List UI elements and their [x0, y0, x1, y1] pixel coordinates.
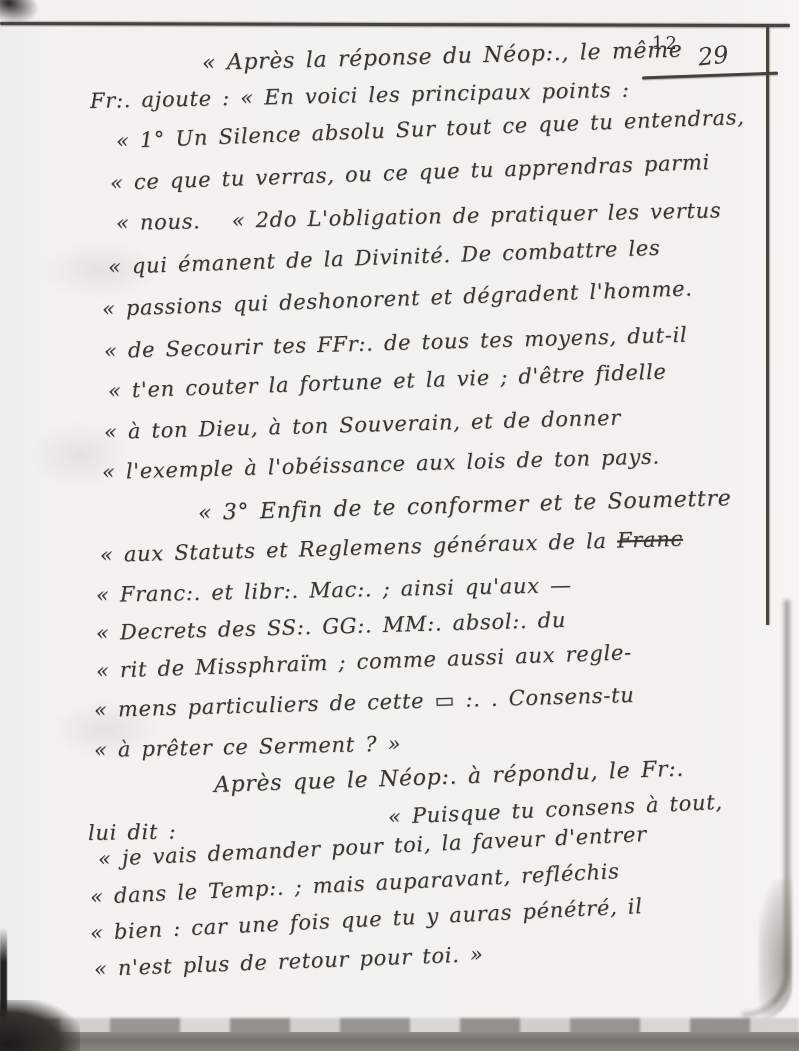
manuscript-line: « passions qui deshonorent et dégradent … — [102, 277, 693, 321]
manuscript-line: « n'est plus de retour pour toi. » — [94, 943, 484, 981]
manuscript-line: « Franc:. et libr:. Mac:. ; ainsi qu'aux… — [96, 574, 572, 607]
manuscript-line: « Puisque tu consens à tout, — [387, 791, 723, 829]
manuscript-line: Après que le Néop:. à répondu, le Fr:. — [214, 758, 685, 799]
manuscript-line: « à ton Dieu, à ton Souverain, et de don… — [104, 407, 622, 445]
manuscript-scan: 12 29 « Après la réponse du Néop:., le m… — [0, 0, 799, 1051]
scan-corner-shadow — [0, 1000, 80, 1051]
manuscript-line: lui dit : — [88, 820, 177, 845]
scan-bottom-edge — [0, 1032, 799, 1051]
manuscript-line: « ce que tu verras, ou ce que tu apprend… — [110, 151, 711, 195]
ink-smudge — [0, 0, 42, 31]
manuscript-line: « de Secourir tes FFr:. de tous tes moye… — [104, 324, 688, 363]
manuscript-line: « mens particuliers de cette ▭ :. . Cons… — [94, 684, 635, 722]
top-rule-line — [0, 22, 790, 27]
page-number-underline — [642, 72, 778, 80]
manuscript-line: « 3° Enfin de te conformer et te Soumett… — [198, 487, 732, 526]
manuscript-line: « Decrets des SS:. GG:. MM:. absol:. du — [96, 609, 567, 645]
manuscript-line: « t'en couter la fortune et la vie ; d'ê… — [108, 361, 667, 404]
struck-word: Franc — [617, 527, 684, 553]
right-rule-line — [766, 25, 769, 625]
torn-corner-edge — [758, 880, 792, 1020]
manuscript-line: « nous. « 2do L'obligation de pratiquer … — [116, 199, 722, 235]
manuscript-line: « 1° Un Silence absolu Sur tout ce que t… — [116, 106, 745, 153]
manuscript-line: « rit de Missphraïm ; comme aussi aux re… — [96, 641, 633, 683]
manuscript-line: « Après la réponse du Néop:., le même — [202, 39, 683, 77]
manuscript-line: « qui émanent de la Divinité. De combatt… — [108, 237, 661, 279]
manuscript-line: « l'exemple à l'obéissance aux lois de t… — [102, 445, 660, 484]
scan-left-edge — [0, 928, 7, 1024]
manuscript-line: Fr:. ajoute : « En voici les principaux … — [90, 79, 630, 113]
manuscript-line: « aux Statuts et Reglemens généraux de l… — [100, 528, 684, 567]
handwritten-page-number: 29 — [697, 40, 730, 71]
line-text: « aux Statuts et Reglemens généraux de l… — [100, 529, 618, 567]
manuscript-line: « à prêter ce Serment ? » — [94, 733, 402, 763]
